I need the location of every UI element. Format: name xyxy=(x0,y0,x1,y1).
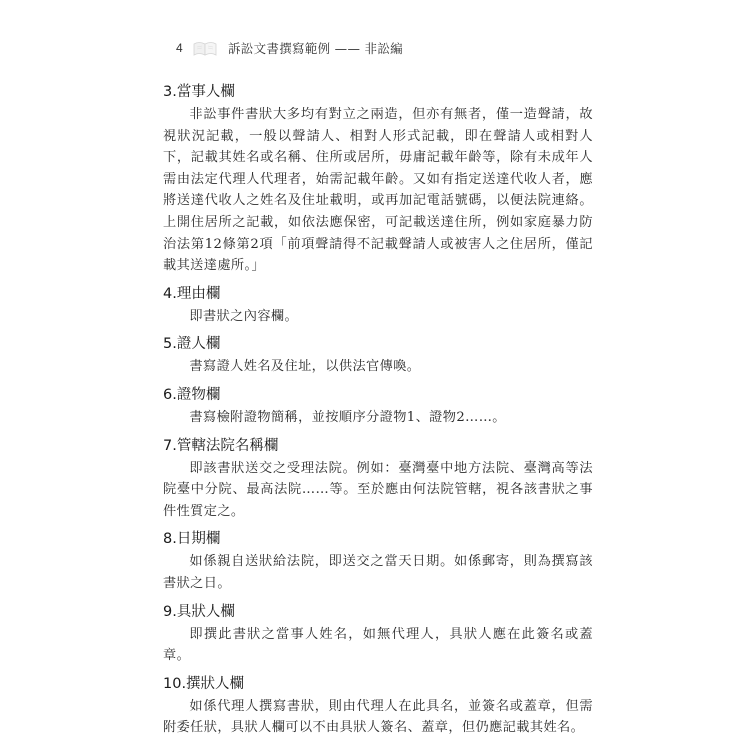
section-body: 如係代理人撰寫書狀，則由代理人在此具名，並簽名或蓋章，但需附委任狀，具狀人欄可以… xyxy=(163,696,593,739)
section-body: 非訟事件書狀大多均有對立之兩造，但亦有無者，僅一造聲請，故視狀況記載，一般以聲請… xyxy=(163,104,593,277)
section-body: 如係親自送狀給法院，即送交之當天日期。如係郵寄，則為撰寫該書狀之日。 xyxy=(163,551,593,594)
section-heading: 7.管轄法院名稱欄 xyxy=(163,436,593,456)
section-court: 7.管轄法院名稱欄 即該書狀送交之受理法院。例如：臺灣臺中地方法院、臺灣高等法院… xyxy=(163,436,593,523)
document-page: 4 訴訟文書撰寫範例 —— 非訟編 3.當事人欄 非訟事件書狀大多均有對立之兩造… xyxy=(0,0,750,750)
section-heading: 3.當事人欄 xyxy=(163,82,593,102)
section-body: 即該書狀送交之受理法院。例如：臺灣臺中地方法院、臺灣高等法院臺中分院、最高法院…… xyxy=(163,458,593,523)
page-number: 4 xyxy=(176,41,188,55)
section-body: 即書狀之內容欄。 xyxy=(163,306,593,328)
running-header: 4 訴訟文書撰寫範例 —— 非訟編 xyxy=(176,38,403,58)
section-filer: 9.具狀人欄 即撰此書狀之當事人姓名，如無代理人，具狀人應在此簽名或蓋章。 xyxy=(163,602,593,667)
section-body: 書寫證人姓名及住址，以供法官傳喚。 xyxy=(163,356,593,378)
section-heading: 4.理由欄 xyxy=(163,284,593,304)
section-evidence: 6.證物欄 書寫檢附證物簡稱，並按順序分證物1、證物2……。 xyxy=(163,385,593,429)
section-heading: 5.證人欄 xyxy=(163,334,593,354)
page-content: 3.當事人欄 非訟事件書狀大多均有對立之兩造，但亦有無者，僅一造聲請，故視狀況記… xyxy=(163,82,593,746)
section-heading: 8.日期欄 xyxy=(163,529,593,549)
section-parties: 3.當事人欄 非訟事件書狀大多均有對立之兩造，但亦有無者，僅一造聲請，故視狀況記… xyxy=(163,82,593,277)
section-heading: 6.證物欄 xyxy=(163,385,593,405)
section-body: 書寫檢附證物簡稱，並按順序分證物1、證物2……。 xyxy=(163,407,593,429)
section-heading: 9.具狀人欄 xyxy=(163,602,593,622)
section-drafter: 10.撰狀人欄 如係代理人撰寫書狀，則由代理人在此具名，並簽名或蓋章，但需附委任… xyxy=(163,674,593,739)
open-book-icon xyxy=(192,40,218,56)
section-body: 即撰此書狀之當事人姓名，如無代理人，具狀人應在此簽名或蓋章。 xyxy=(163,624,593,667)
running-title: 訴訟文書撰寫範例 —— 非訟編 xyxy=(228,39,403,57)
section-reasons: 4.理由欄 即書狀之內容欄。 xyxy=(163,284,593,328)
section-witness: 5.證人欄 書寫證人姓名及住址，以供法官傳喚。 xyxy=(163,334,593,378)
section-date: 8.日期欄 如係親自送狀給法院，即送交之當天日期。如係郵寄，則為撰寫該書狀之日。 xyxy=(163,529,593,594)
section-heading: 10.撰狀人欄 xyxy=(163,674,593,694)
